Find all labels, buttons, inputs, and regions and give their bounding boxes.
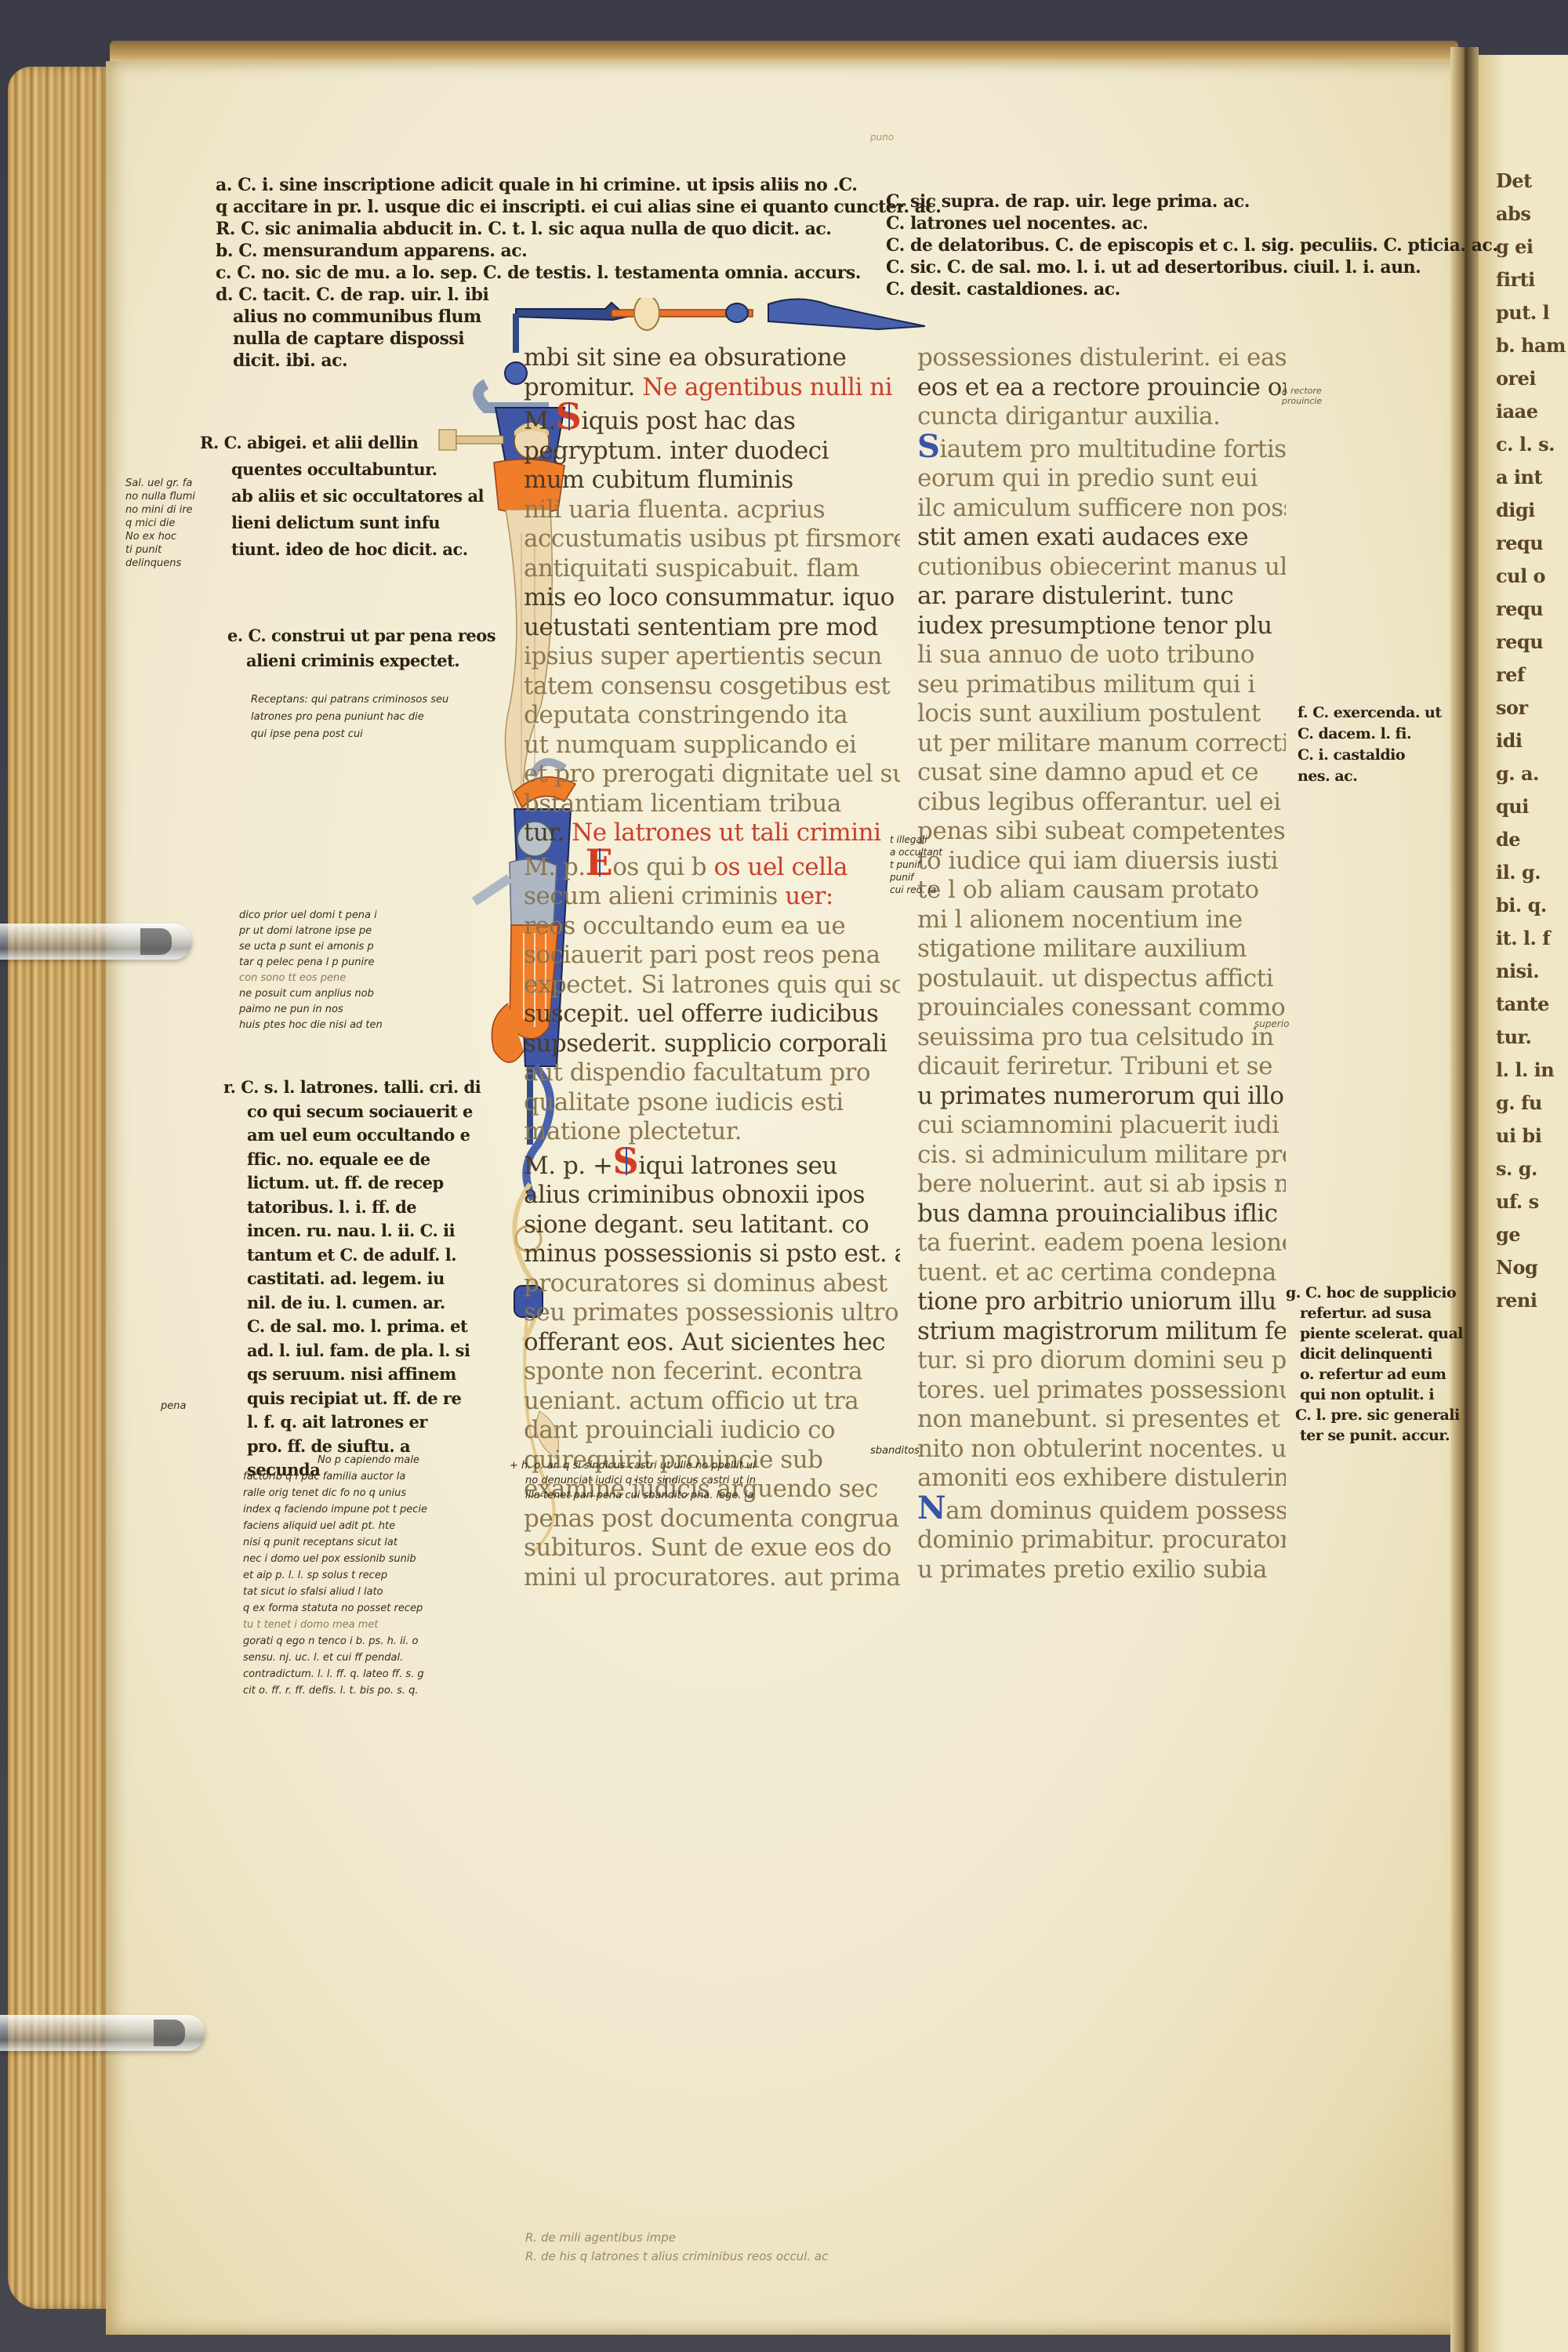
facing-page-fragment: reni <box>1496 1284 1566 1317</box>
main-text-line: eos et ea a rectore prouincie omnia <box>917 373 1286 403</box>
facing-page-fragment: sor <box>1496 691 1566 724</box>
facing-page-fragment: idi <box>1496 724 1566 757</box>
line-text: penas sibi subeat competentes. ig <box>917 817 1286 845</box>
main-text-line: cui sciamnomini placuerit iudi <box>917 1111 1286 1141</box>
main-text-line: tione pro arbitrio uniorum illu <box>917 1287 1286 1317</box>
main-text-line: uetustati sententiam pre mod <box>524 613 900 643</box>
fore-edge-stack <box>8 67 110 2309</box>
annotation-line: delinquens <box>125 557 195 570</box>
line-text: cui sciamnomini placuerit iudi <box>917 1111 1279 1139</box>
main-text-line: secum alieni criminis uer: <box>524 882 900 912</box>
annotation-line: t punif <box>890 858 942 871</box>
line-text: ta fuerint. eadem poena lesiones resti <box>917 1229 1286 1257</box>
gloss-line: C. sic supra. de rap. uir. lege prima. a… <box>886 191 1497 212</box>
facing-page-fragment: s. g. <box>1496 1152 1566 1185</box>
line-text: tione pro arbitrio uniorum illu <box>917 1287 1276 1316</box>
decorated-initial: S <box>612 1147 638 1175</box>
facing-page-fragment: ge <box>1496 1218 1566 1251</box>
annotation-illegali: t illegali a occultant t punif punif cui… <box>890 833 942 896</box>
annotation-line: ti punit <box>125 543 195 557</box>
page-clip-upper <box>0 924 192 960</box>
annotation-line: cui reo. ia <box>890 884 942 896</box>
facing-page-fragment: g. fu <box>1496 1087 1566 1120</box>
annotation-line: A rectore <box>1282 386 1322 396</box>
line-text-continued: iqui latrones seu <box>638 1152 837 1180</box>
annotation-line: No ex hoc <box>125 530 195 543</box>
main-text-line: qualitate psone iudicis esti <box>524 1088 900 1118</box>
line-text: aut dispendio facultatum pro <box>524 1058 870 1087</box>
main-text-line: prouinciales conessant commotione <box>917 993 1286 1023</box>
line-text: stit amen exati audaces exe <box>917 523 1248 551</box>
annotation-sbanditos: sbanditos <box>870 1444 920 1457</box>
line-text: postulauit. ut dispectus afficti <box>917 964 1273 993</box>
line-text: expectet. Si latrones quis qui sciens <box>524 971 900 999</box>
main-text-line: deputata constringendo ita <box>524 701 900 731</box>
main-text-line: te l ob aliam causam protato <box>917 876 1286 906</box>
line-text: sociauerit pari post reos pena <box>524 941 880 969</box>
decorated-initial: S <box>556 402 582 430</box>
main-text-line: seu primatibus militum qui i <box>917 670 1286 700</box>
line-text: supsederit. supplicio corporali <box>524 1029 887 1058</box>
main-text-line: ta fuerint. eadem poena lesiones resti <box>917 1229 1286 1258</box>
main-text-line: li sua annuo de uoto tribuno <box>917 641 1286 670</box>
facing-page-fragment: it. l. f <box>1496 922 1566 955</box>
facing-page-fragment: de <box>1496 823 1566 856</box>
line-text: seu primatibus militum qui i <box>917 670 1255 699</box>
gloss-line: a. C. i. sine inscriptione adicit quale … <box>216 174 941 196</box>
gloss-line: f. C. exercenda. ut <box>1298 702 1442 724</box>
main-text-line: Nam dominus quidem possessionis <box>917 1494 1286 1526</box>
annotation-line: no mini di ire <box>125 503 195 517</box>
main-text-line: suscepit. uel offerre iudicibus <box>524 1000 900 1029</box>
main-text-line: seuissima pro tua celsitudo in <box>917 1023 1286 1053</box>
annotation-left-upper: Sal. uel gr. fa no nulla flumi no mini d… <box>125 477 195 570</box>
main-text-line: bstantiam licentiam tribua <box>524 789 900 819</box>
facing-page-fragment: requ <box>1496 593 1566 626</box>
line-text: qualitate psone iudicis esti <box>524 1088 844 1116</box>
facing-page-fragment: tur. <box>1496 1021 1566 1054</box>
main-text-column-1: mbi sit sine ea obsurationepromitur. Ne … <box>524 343 900 1592</box>
annotation-line: sensu. nj. uc. l. et cui ff pendal. <box>243 1650 427 1666</box>
gloss-line: nes. ac. <box>1298 766 1442 787</box>
facing-page-fragment: ui bi <box>1496 1120 1566 1152</box>
facing-page: Detabsg eifirtiput. lb. hamoreiiaaec. l.… <box>1479 55 1568 2352</box>
gloss-line: b. C. mensurandum apparens. ac. <box>216 240 941 262</box>
main-text-line: dicauit feriretur. Tribuni et se <box>917 1052 1286 1082</box>
page-clip-lower <box>0 2015 205 2051</box>
line-text: eos et ea a rectore prouincie omnia <box>917 373 1286 401</box>
main-text-line: supsederit. supplicio corporali <box>524 1029 900 1059</box>
annotation-line: no denunciat iudici q isto sindicus cast… <box>510 1473 756 1488</box>
line-text: amoniti eos exhibere distulerint. <box>917 1464 1286 1492</box>
main-text-line: cusat sine damno apud et ce <box>917 758 1286 788</box>
line-text: tur. <box>524 818 564 847</box>
rubric: os uel cella <box>713 853 848 881</box>
gloss-line: g. C. hoc de supplicio <box>1286 1283 1463 1303</box>
gloss-line: C. de delatoribus. C. de episcopis et c.… <box>886 234 1497 256</box>
gloss-line: C. i. castaldio <box>1298 745 1442 766</box>
line-text: bus damna prouincialibus iflic <box>917 1200 1278 1228</box>
line-text: tuent. et ac certima condepna <box>917 1258 1276 1287</box>
gloss-line: piente scelerat. qual <box>1286 1323 1463 1344</box>
facing-page-fragment: Det <box>1496 165 1566 198</box>
line-text: cuncta dirigantur auxilia. <box>917 402 1220 430</box>
main-text-line: sione degant. seu latitant. co <box>524 1210 900 1240</box>
main-text-line: ut numquam supplicando ei <box>524 731 900 760</box>
main-text-line: M. p. +Siqui latrones seu <box>524 1147 900 1181</box>
main-text-line: bere noluerint. aut si ab ipsis militi <box>917 1170 1286 1200</box>
main-text-line: mini ul procuratores. aut primates <box>524 1563 900 1593</box>
facing-page-fragment: requ <box>1496 527 1566 560</box>
line-text: locis sunt auxilium postulent <box>917 699 1261 728</box>
bottom-note-line: R. de mili agentibus impe <box>525 2228 828 2247</box>
line-text: cis. si adminiculum militare pre <box>917 1141 1286 1169</box>
main-text-line: ipsius super apertientis secun <box>524 642 900 672</box>
main-text-line: aut dispendio facultatum pro <box>524 1058 900 1088</box>
main-text-line: minus possessionis si psto est. aut <box>524 1240 900 1269</box>
line-text: iudex presumptione tenor plu <box>917 612 1272 640</box>
gloss-line: C. desit. castaldiones. ac. <box>886 278 1497 300</box>
line-text: mis eo loco consummatur. iquo <box>524 583 895 612</box>
line-text: mum cubitum fluminis <box>524 466 793 494</box>
main-text-line: mi l alionem nocentium ine <box>917 906 1286 935</box>
facing-page-fragment: c. l. s. <box>1496 428 1566 461</box>
facing-page-fragment: firti <box>1496 263 1566 296</box>
main-text-line: possessiones distulerint. ei eas de tunc <box>917 343 1286 373</box>
line-text: ut numquam supplicando ei <box>524 731 856 759</box>
line-text: offerant eos. Aut sicientes hec <box>524 1328 885 1356</box>
annotation-rectore: A rectore prouincie <box>1282 386 1322 406</box>
main-text-line: M.Siquis post hac das <box>524 402 900 437</box>
gloss-line: C. sic. C. de sal. mo. l. i. ut ad deser… <box>886 256 1497 278</box>
facing-page-fragment: a int <box>1496 461 1566 494</box>
main-text-line: amoniti eos exhibere distulerint. <box>917 1464 1286 1494</box>
main-text-line: pegryptum. inter duodeci <box>524 437 900 466</box>
decorated-initial: S <box>917 432 939 462</box>
main-text-line: et pro prerogati dignitate uel su <box>524 760 900 789</box>
line-text: mi l alionem nocentium ine <box>917 906 1243 934</box>
line-text: tores. uel primates possessionum impunes <box>917 1376 1286 1404</box>
line-text-continued: iquis post hac das <box>581 407 795 435</box>
line-text: nili uaria fluenta. acprius <box>524 495 825 524</box>
line-text: iautem pro multitudine fortis <box>939 435 1286 463</box>
main-text-line: M. p.Eos qui b os uel cella <box>524 848 900 883</box>
line-text: te l ob aliam causam protato <box>917 876 1259 904</box>
line-text: bstantiam licentiam tribua <box>524 789 841 818</box>
facing-page-fragment: uf. s <box>1496 1185 1566 1218</box>
annotation-line: illa tenet pari pena cui sbandito pha. l… <box>510 1488 756 1503</box>
gloss-line: refertur. ad susa <box>1286 1303 1463 1323</box>
main-text-line: cibus legibus offerantur. uel ei <box>917 788 1286 818</box>
facing-page-fragment: tante <box>1496 988 1566 1021</box>
main-text-line: u primates pretio exilio subia <box>917 1555 1286 1585</box>
decorated-initial: N <box>917 1494 946 1523</box>
facing-page-fragment: il. g. <box>1496 856 1566 889</box>
gloss-line: C. latrones uel nocentes. ac. <box>886 212 1497 234</box>
line-text: tur. si pro diorum domini seu procura <box>917 1346 1286 1374</box>
main-text-line: penas post documenta congrua <box>524 1504 900 1534</box>
rubric: Ne latrones ut tali crimini <box>572 818 880 847</box>
right-gloss-exercenda: f. C. exercenda. ut C. dacem. l. fi. C. … <box>1298 702 1442 787</box>
main-text-line: procuratores si dominus abest <box>524 1269 900 1299</box>
line-text: prouinciales conessant commotione <box>917 993 1286 1022</box>
line-text: to iudice qui iam diuersis iusti <box>917 847 1278 875</box>
line-text: li sua annuo de uoto tribuno <box>917 641 1254 669</box>
line-text: alius criminibus obnoxii ipos <box>524 1181 865 1209</box>
main-text-line: ar. parare distulerint. tunc <box>917 582 1286 612</box>
main-text-line: eorum qui in predio sunt eui <box>917 464 1286 494</box>
main-text-line: accustumatis usibus pt firsmore <box>524 524 900 554</box>
line-text: cibus legibus offerantur. uel ei <box>917 788 1281 816</box>
main-text-line: seu primates possessionis ultro <box>524 1298 900 1328</box>
rubric: uer: <box>785 882 833 910</box>
gloss-line: R. C. sic animalia abducit in. C. t. l. … <box>216 218 941 240</box>
line-text: pegryptum. inter duodeci <box>524 437 829 465</box>
main-text-line: mum cubitum fluminis <box>524 466 900 495</box>
facing-page-fragment: g. a. <box>1496 757 1566 790</box>
gloss-line: q accitare in pr. l. usque dic ei inscri… <box>216 196 941 218</box>
line-text-continued: os qui b <box>612 853 706 881</box>
line-text: eorum qui in predio sunt eui <box>917 464 1258 492</box>
line-text: seu primates possessionis ultro <box>524 1298 898 1327</box>
annotation-line: punif <box>890 871 942 884</box>
line-text: M. p. + <box>524 1152 612 1180</box>
gloss-line: qui non optulit. i <box>1286 1385 1463 1405</box>
gloss-line: dicit delinquenti <box>1286 1344 1463 1364</box>
line-text: matione plectetur. <box>524 1117 742 1145</box>
annotation-line: Sal. uel gr. fa <box>125 477 195 490</box>
main-text-line: ueniant. actum officio ut tra <box>524 1387 900 1417</box>
main-text-line: promitur. Ne agentibus nulli ni rupe <box>524 373 900 403</box>
line-text: reos occultando eum ea ue <box>524 912 845 940</box>
line-text: minus possessionis si psto est. aut <box>524 1240 900 1268</box>
line-text: ueniant. actum officio ut tra <box>524 1387 858 1415</box>
main-text-line: ilc amiculum sufficere non posse <box>917 494 1286 524</box>
gloss-line: C. l. pre. sic generali <box>1286 1405 1463 1425</box>
annotation-line: + h. o. ar. q si sindicus castri ut ulle… <box>510 1458 756 1473</box>
annotation-line: q mici die <box>125 517 195 530</box>
annotation-superio: superio <box>1254 1018 1289 1031</box>
line-text: stigatione militare auxilium <box>917 935 1247 963</box>
annotation-line: no nulla flumi <box>125 490 195 503</box>
main-text-line: locis sunt auxilium postulent <box>917 699 1286 729</box>
right-gloss-supplicio: g. C. hoc de supplicio refertur. ad susa… <box>1286 1283 1463 1446</box>
line-text: tatem consensu cosgetibus est <box>524 672 890 700</box>
main-text-line: sponte non fecerint. econtra <box>524 1357 900 1387</box>
main-text-line: cis. si adminiculum militare pre <box>917 1141 1286 1171</box>
facing-page-fragment: nisi. <box>1496 955 1566 988</box>
line-text: M. <box>524 407 556 435</box>
line-text: secum alieni criminis <box>524 882 778 910</box>
line-text: suscepit. uel offerre iudicibus <box>524 1000 878 1028</box>
line-text: u primates numerorum qui illo <box>917 1082 1284 1110</box>
facing-page-fragment: b. ham <box>1496 329 1566 362</box>
annotation-line: t illegali <box>890 833 942 846</box>
gloss-line: ter se punit. accur. <box>1286 1425 1463 1446</box>
line-text: dant prouinciali iudicio co <box>524 1416 835 1444</box>
main-text-line: antiquitati suspicabuit. flam <box>524 554 900 584</box>
line-text: uetustati sententiam pre mod <box>524 613 878 641</box>
line-text: sponte non fecerint. econtra <box>524 1357 862 1385</box>
line-text: et pro prerogati dignitate uel su <box>524 760 900 788</box>
line-text: non manebunt. si presentes et sciente <box>917 1405 1286 1433</box>
line-text: M. p. <box>524 853 586 881</box>
main-text-line: stit amen exati audaces exe <box>917 523 1286 553</box>
main-text-line: mis eo loco consummatur. iquo <box>524 583 900 613</box>
facing-page-fragment: bi. q. <box>1496 889 1566 922</box>
line-text: dicauit feriretur. Tribuni et se <box>917 1052 1272 1080</box>
line-text: u primates pretio exilio subia <box>917 1555 1267 1584</box>
main-text-line: cuncta dirigantur auxilia. <box>917 402 1286 432</box>
main-text-line: cutionibus obiecerint manus ul <box>917 553 1286 583</box>
line-text: procuratores si dominus abest <box>524 1269 887 1298</box>
line-text: cutionibus obiecerint manus ul <box>917 553 1286 581</box>
main-text-line: iudex presumptione tenor plu <box>917 612 1286 641</box>
main-text-line: penas sibi subeat competentes. ig <box>917 817 1286 847</box>
line-text: strium magistrorum militum ferre <box>917 1317 1286 1345</box>
line-text: antiquitati suspicabuit. flam <box>524 554 859 583</box>
annotation-line: a occultant <box>890 846 942 858</box>
facing-page-fragment: qui <box>1496 790 1566 823</box>
line-text: mini ul procuratores. aut primates <box>524 1563 900 1592</box>
facing-page-fragment: iaae <box>1496 395 1566 428</box>
main-text-line: dominio primabitur. procurator uo se <box>917 1526 1286 1555</box>
annotation-line: contradictum. l. l. ff. q. lateo ff. s. … <box>243 1666 427 1682</box>
line-text: promitur. <box>524 373 635 401</box>
facing-page-fragment: put. l <box>1496 296 1566 329</box>
facing-page-text: Detabsg eifirtiput. lb. hamoreiiaaec. l.… <box>1496 165 1566 1317</box>
line-text: cusat sine damno apud et ce <box>917 758 1258 786</box>
line-text: penas post documenta congrua <box>524 1504 899 1533</box>
main-text-line: postulauit. ut dispectus afficti <box>917 964 1286 994</box>
main-text-line: nili uaria fluenta. acprius <box>524 495 900 525</box>
annotation-line: cit o. ff. r. ff. defis. l. t. bis po. s… <box>243 1682 427 1699</box>
facing-page-fragment: Nog <box>1496 1251 1566 1284</box>
main-text-line: bus damna prouincialibus iflic <box>917 1200 1286 1229</box>
line-text: accustumatis usibus pt firsmore <box>524 524 900 553</box>
folio-mark: puno <box>870 132 894 143</box>
line-text: dominio primabitur. procurator uo se <box>917 1526 1286 1554</box>
facing-page-fragment: abs <box>1496 198 1566 230</box>
line-text: bere noluerint. aut si ab ipsis militi <box>917 1170 1286 1198</box>
bottom-notes: R. de mili agentibus impe R. de his q la… <box>525 2228 828 2266</box>
line-text: mbi sit sine ea obsuratione <box>524 343 846 372</box>
gloss-line: o. refertur ad eum <box>1286 1364 1463 1385</box>
annotation-pena: pena <box>161 1399 186 1413</box>
main-text-line: sociauerit pari post reos pena <box>524 941 900 971</box>
line-text: seuissima pro tua celsitudo in <box>917 1023 1274 1051</box>
main-text-line: tores. uel primates possessionum impunes <box>917 1376 1286 1406</box>
main-text-line: to iudice qui iam diuersis iusti <box>917 847 1286 877</box>
decorated-initial: E <box>586 848 613 877</box>
main-text-line: tur. Ne latrones ut tali crimini <box>524 818 900 848</box>
facing-page-fragment: cul o <box>1496 560 1566 593</box>
main-text-line: ut per militare manum correcti ac <box>917 729 1286 759</box>
annotation-line: gorati q ego n tenco i b. ps. h. ii. o <box>243 1633 427 1650</box>
main-text-line: expectet. Si latrones quis qui sciens <box>524 971 900 1000</box>
line-text: possessiones distulerint. ei eas de tunc <box>917 343 1286 372</box>
main-text-line: offerant eos. Aut sicientes hec <box>524 1328 900 1358</box>
line-text: ar. parare distulerint. tunc <box>917 582 1233 610</box>
line-text: subituros. Sunt de exue eos do <box>524 1534 891 1562</box>
main-text-line: tatem consensu cosgetibus est <box>524 672 900 702</box>
main-text-line: mbi sit sine ea obsuratione <box>524 343 900 373</box>
main-text-line: alius criminibus obnoxii ipos <box>524 1181 900 1210</box>
line-text: am dominus quidem possessionis <box>946 1497 1286 1525</box>
main-text-line: matione plectetur. <box>524 1117 900 1147</box>
main-text-line: u primates numerorum qui illo <box>917 1082 1286 1112</box>
bottom-note-line: R. de his q latrones t alius criminibus … <box>525 2247 828 2266</box>
main-text-line: tuent. et ac certima condepna <box>917 1258 1286 1288</box>
facing-page-fragment: ref <box>1496 659 1566 691</box>
main-text-line: tur. si pro diorum domini seu procura <box>917 1346 1286 1376</box>
line-text: ut per militare manum correcti ac <box>917 729 1286 757</box>
line-text: deputata constringendo ita <box>524 701 848 729</box>
book-gutter <box>1450 47 1479 2352</box>
main-text-line: dant prouinciali iudicio co <box>524 1416 900 1446</box>
rubric: Ne agentibus nulli ni rupe <box>642 373 900 401</box>
annotation-line: prouincie <box>1282 396 1322 406</box>
line-text: nito non obtulerint nocentes. uel <box>917 1435 1286 1463</box>
annotation-sindicus: + h. o. ar. q si sindicus castri ut ulle… <box>510 1458 756 1503</box>
main-text-line: subituros. Sunt de exue eos do <box>524 1534 900 1563</box>
gloss-line: c. C. no. sic de mu. a lo. sep. C. de te… <box>216 262 941 284</box>
line-text: sione degant. seu latitant. co <box>524 1210 869 1239</box>
main-text-line: nito non obtulerint nocentes. uel <box>917 1435 1286 1465</box>
main-text-line: non manebunt. si presentes et sciente <box>917 1405 1286 1435</box>
facing-page-fragment: requ <box>1496 626 1566 659</box>
main-text-line: reos occultando eum ea ue <box>524 912 900 942</box>
line-text: ilc amiculum sufficere non posse <box>917 494 1286 522</box>
line-text: ipsius super apertientis secun <box>524 642 882 670</box>
main-text-column-2: possessiones distulerint. ei eas de tunc… <box>917 343 1286 1584</box>
facing-page-fragment: g ei <box>1496 230 1566 263</box>
top-gloss-right: C. sic supra. de rap. uir. lege prima. a… <box>886 191 1497 300</box>
main-text-line: Siautem pro multitudine fortis <box>917 432 1286 465</box>
main-text-line: stigatione militare auxilium <box>917 935 1286 964</box>
gloss-line: C. dacem. l. fi. <box>1298 724 1442 745</box>
facing-page-fragment: digi <box>1496 494 1566 527</box>
facing-page-fragment: orei <box>1496 362 1566 395</box>
main-text-line: strium magistrorum militum ferre <box>917 1317 1286 1347</box>
facing-page-fragment: l. l. in <box>1496 1054 1566 1087</box>
